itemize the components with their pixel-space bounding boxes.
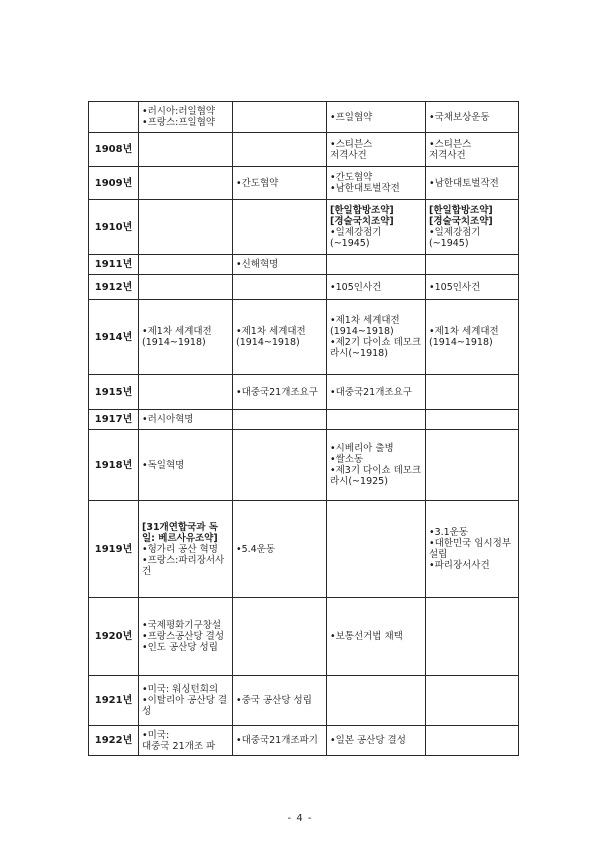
japan-cell [327, 501, 426, 598]
western-cell: •러시아:러일협약•프랑스:프일협약 [139, 102, 233, 133]
event-item: •대중국21개조파기 [236, 735, 323, 746]
korea-cell: •제1차 세계대전 (1914~1918) [426, 300, 519, 375]
event-item: •대한민국 임시정부 설립 [429, 538, 515, 560]
table-row: 1918년•독일혁명•시베리아 출병•쌀소동•제3기 다이쇼 데모크라시(~19… [89, 430, 519, 501]
table-row: 1910년[한일합방조약][경술국치조약]•일제강점기 (~1945)[한일합방… [89, 200, 519, 255]
event-item: •프랑스:파리장서사건 [142, 555, 229, 577]
japan-cell [327, 255, 426, 275]
event-item: •프랑스:프일협약 [142, 117, 229, 128]
event-item: [한일합방조약] [429, 205, 515, 216]
table-row: 1915년•대중국21개조요구•대중국21개조요구 [89, 375, 519, 410]
event-item: •프일협약 [330, 112, 422, 123]
korea-cell [426, 726, 519, 756]
event-item: •이탈리아 공산당 결성 [142, 695, 229, 717]
event-item: •간도협약 [330, 172, 422, 183]
western-cell [139, 375, 233, 410]
event-item: •헝가리 공산 혁명 [142, 544, 229, 555]
table-row: 1911년•신해혁명 [89, 255, 519, 275]
table-row: 1909년•간도협약•간도협약•남한대토벌작전•남한대토벌작전 [89, 167, 519, 200]
event-item: •3.1운동 [429, 527, 515, 538]
china-cell [233, 410, 327, 430]
table-row: 1912년•105인사건•105인사건 [89, 275, 519, 300]
table-row: 1922년•미국: 대중국 21개조 파•대중국21개조파기•일본 공산당 결성 [89, 726, 519, 756]
event-item: •국채보상운동 [429, 112, 515, 123]
western-cell: •제1차 세계대전 (1914~1918) [139, 300, 233, 375]
event-item: •인도 공산당 성립 [142, 642, 229, 653]
western-cell: [31개연합국과 독일: 베르사유조약]•헝가리 공산 혁명•프랑스:파리장서사… [139, 501, 233, 598]
table-row: 1920년•국제평화기구창설•프랑스공산당 결성•인도 공산당 성립•보통선거법… [89, 598, 519, 676]
korea-cell: •국채보상운동 [426, 102, 519, 133]
event-item: •일본 공산당 결성 [330, 735, 422, 746]
year-cell: 1922년 [89, 726, 139, 756]
china-cell [233, 430, 327, 501]
western-cell: •러시아혁명 [139, 410, 233, 430]
event-item: •파리장서사건 [429, 560, 515, 571]
japan-cell: [한일합방조약][경술국치조약]•일제강점기 (~1945) [327, 200, 426, 255]
event-item: •러시아혁명 [142, 414, 229, 425]
china-cell: •간도협약 [233, 167, 327, 200]
china-cell [233, 133, 327, 167]
china-cell [233, 200, 327, 255]
year-cell: 1919년 [89, 501, 139, 598]
china-cell [233, 598, 327, 676]
year-cell: 1908년 [89, 133, 139, 167]
korea-cell: •스티븐스 저격사건 [426, 133, 519, 167]
event-item: •간도협약 [236, 178, 323, 189]
western-cell [139, 133, 233, 167]
china-cell: •대중국21개조파기 [233, 726, 327, 756]
event-item: •보통선거법 채택 [330, 631, 422, 642]
event-item: [한일합방조약] [330, 205, 422, 216]
korea-cell [426, 598, 519, 676]
japan-cell: •일본 공산당 결성 [327, 726, 426, 756]
china-cell: •제1차 세계대전 (1914~1918) [233, 300, 327, 375]
event-item: •대중국21개조요구 [330, 387, 422, 398]
korea-cell [426, 676, 519, 726]
china-cell: •신해혁명 [233, 255, 327, 275]
table-row: 1917년•러시아혁명 [89, 410, 519, 430]
year-cell: 1917년 [89, 410, 139, 430]
japan-cell: •스티븐스 저격사건 [327, 133, 426, 167]
event-item: •대중국21개조요구 [236, 387, 323, 398]
western-cell [139, 275, 233, 300]
event-item: •시베리아 출병 [330, 443, 422, 454]
event-item: •스티븐스 저격사건 [429, 139, 515, 161]
table-row: 1919년[31개연합국과 독일: 베르사유조약]•헝가리 공산 혁명•프랑스:… [89, 501, 519, 598]
event-item: [경술국치조약] [429, 216, 515, 227]
year-cell: 1914년 [89, 300, 139, 375]
korea-cell [426, 375, 519, 410]
china-cell [233, 275, 327, 300]
event-item: •5.4운동 [236, 544, 323, 555]
china-cell [233, 102, 327, 133]
japan-cell [327, 676, 426, 726]
year-cell: 1912년 [89, 275, 139, 300]
korea-cell [426, 430, 519, 501]
western-cell: •미국: 대중국 21개조 파 [139, 726, 233, 756]
western-cell [139, 167, 233, 200]
year-cell: 1920년 [89, 598, 139, 676]
event-item: [31개연합국과 독일: 베르사유조약] [142, 522, 229, 544]
event-item: •국제평화기구창설 [142, 620, 229, 631]
western-cell [139, 200, 233, 255]
table-row: 1921년•미국: 워싱턴회의•이탈리아 공산당 결성•중국 공산당 성립 [89, 676, 519, 726]
year-cell: 1911년 [89, 255, 139, 275]
japan-cell: •대중국21개조요구 [327, 375, 426, 410]
year-cell: 1910년 [89, 200, 139, 255]
korea-cell: [한일합방조약][경술국치조약]•일제강점기 (~1945) [426, 200, 519, 255]
japan-cell [327, 410, 426, 430]
event-item: •105인사건 [330, 282, 422, 293]
western-cell: •국제평화기구창설•프랑스공산당 결성•인도 공산당 성립 [139, 598, 233, 676]
event-item: •제1차 세계대전 (1914~1918) [236, 326, 323, 348]
timeline-table: •러시아:러일협약•프랑스:프일협약•프일협약•국채보상운동1908년•스티븐스… [88, 101, 519, 756]
year-cell: 1921년 [89, 676, 139, 726]
china-cell: •5.4운동 [233, 501, 327, 598]
year-cell [89, 102, 139, 133]
event-item: [경술국치조약] [330, 216, 422, 227]
japan-cell: •보통선거법 채택 [327, 598, 426, 676]
korea-cell: •남한대토벌작전 [426, 167, 519, 200]
japan-cell: •시베리아 출병•쌀소동•제3기 다이쇼 데모크라시(~1925) [327, 430, 426, 501]
table-row: 1908년•스티븐스 저격사건•스티븐스 저격사건 [89, 133, 519, 167]
event-item: •독일혁명 [142, 460, 229, 471]
china-cell: •대중국21개조요구 [233, 375, 327, 410]
event-item: •남한대토벌작전 [429, 178, 515, 189]
japan-cell: •제1차 세계대전 (1914~1918)•제2기 다이쇼 데모크라시(~191… [327, 300, 426, 375]
western-cell [139, 255, 233, 275]
japan-cell: •프일협약 [327, 102, 426, 133]
event-item: •남한대토벌작전 [330, 183, 422, 194]
event-item: •일제강점기 (~1945) [330, 227, 422, 249]
event-item: •제1차 세계대전 (1914~1918) [142, 326, 229, 348]
document-page: •러시아:러일협약•프랑스:프일협약•프일협약•국채보상운동1908년•스티븐스… [0, 0, 600, 849]
timeline-table-body: •러시아:러일협약•프랑스:프일협약•프일협약•국채보상운동1908년•스티븐스… [89, 102, 519, 756]
event-item: •신해혁명 [236, 259, 323, 270]
event-item: •미국: 워싱턴회의 [142, 684, 229, 695]
page-number: - 4 - [0, 813, 600, 824]
table-row: 1914년•제1차 세계대전 (1914~1918)•제1차 세계대전 (191… [89, 300, 519, 375]
event-item: •제3기 다이쇼 데모크라시(~1925) [330, 465, 422, 487]
korea-cell: •3.1운동•대한민국 임시정부 설립•파리장서사건 [426, 501, 519, 598]
event-item: •미국: 대중국 21개조 파 [142, 730, 229, 752]
japan-cell: •105인사건 [327, 275, 426, 300]
event-item: •쌀소동 [330, 454, 422, 465]
japan-cell: •간도협약•남한대토벌작전 [327, 167, 426, 200]
event-item: •제1차 세계대전 (1914~1918) [330, 315, 422, 337]
table-row: •러시아:러일협약•프랑스:프일협약•프일협약•국채보상운동 [89, 102, 519, 133]
western-cell: •미국: 워싱턴회의•이탈리아 공산당 결성 [139, 676, 233, 726]
korea-cell: •105인사건 [426, 275, 519, 300]
year-cell: 1915년 [89, 375, 139, 410]
event-item: •제1차 세계대전 (1914~1918) [429, 326, 515, 348]
event-item: •일제강점기 (~1945) [429, 227, 515, 249]
korea-cell [426, 410, 519, 430]
event-item: •스티븐스 저격사건 [330, 139, 422, 161]
china-cell: •중국 공산당 성립 [233, 676, 327, 726]
korea-cell [426, 255, 519, 275]
year-cell: 1909년 [89, 167, 139, 200]
event-item: •105인사건 [429, 282, 515, 293]
event-item: •제2기 다이쇼 데모크라시(~1918) [330, 337, 422, 359]
event-item: •중국 공산당 성립 [236, 695, 323, 706]
western-cell: •독일혁명 [139, 430, 233, 501]
event-item: •프랑스공산당 결성 [142, 631, 229, 642]
event-item: •러시아:러일협약 [142, 106, 229, 117]
year-cell: 1918년 [89, 430, 139, 501]
